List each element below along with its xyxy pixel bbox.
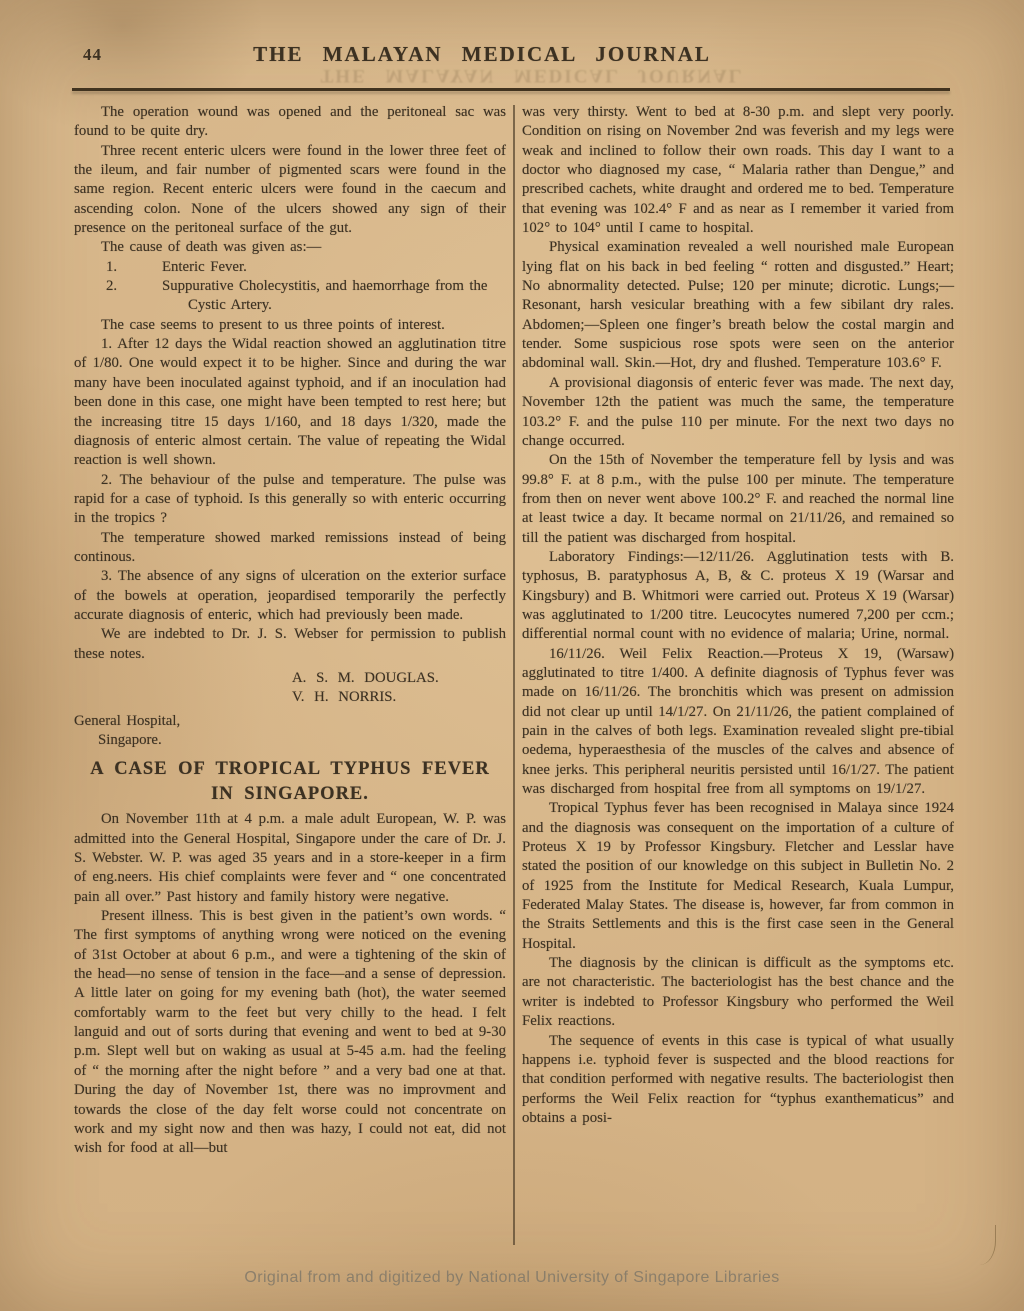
paragraph-cause-of-death: The cause of death was given as:— <box>74 238 506 257</box>
article-title-line-1: A CASE OF TROPICAL TYPHUS FEVER <box>74 757 506 782</box>
article-title-line-2: IN SINGAPORE. <box>74 782 506 807</box>
cause-list-item-2: 2.Suppurative Cholecystitis, and haemorr… <box>74 277 506 316</box>
paragraph-absence-of-ulceration: 3. The absence of any signs of ulceratio… <box>74 567 506 625</box>
paragraph-laboratory-findings: Laboratory Findings:—12/11/26. Agglutina… <box>522 548 954 645</box>
paragraph-temperature-fell: On the 15th of November the temperature … <box>522 451 954 548</box>
address-singapore: Singapore. <box>74 731 506 750</box>
journal-title: THE MALAYAN MEDICAL JOURNAL <box>0 42 964 67</box>
paragraph-temperature-remissions: The temperature showed marked remissions… <box>74 529 506 568</box>
paragraph-present-illness: Present illness. This is best given in t… <box>74 907 506 1158</box>
paragraph-operation-wound: The operation wound was opened and the p… <box>74 103 506 142</box>
paragraph-acknowledgement: We are indebted to Dr. J. S. Webser for … <box>74 625 506 664</box>
paragraph-widal-reaction: 1. After 12 days the Widal reaction show… <box>74 335 506 470</box>
paragraph-diagnosis-difficulty: The diagnosis by the clinican is difficu… <box>522 954 954 1031</box>
paragraph-admission: On November 11th at 4 p.m. a male adult … <box>74 810 506 907</box>
digitization-watermark: Original from and digitized by National … <box>0 1269 1024 1287</box>
right-column: was very thirsty. Went to bed at 8-30 p.… <box>522 103 954 1245</box>
header-rule <box>72 88 950 91</box>
article-title: A CASE OF TROPICAL TYPHUS FEVER IN SINGA… <box>74 757 506 807</box>
paragraph-three-points: The case seems to present to us three po… <box>74 316 506 335</box>
signature-norris: V. H. NORRIS. <box>74 688 506 707</box>
paragraph-tropical-typhus-history: Tropical Typhus fever has been recognise… <box>522 799 954 954</box>
column-divider-rule <box>513 105 515 1245</box>
address-hospital: General Hospital, <box>74 712 506 731</box>
scanned-journal-page: 44 THE MALAYAN MEDICAL JOURNAL THE MALAY… <box>0 0 1024 1311</box>
paragraph-provisional-diagnosis: A provisional diagonsis of enteric fever… <box>522 374 954 451</box>
article-body: The operation wound was opened and the p… <box>74 103 954 1245</box>
cause-list-item-1: 1.Enteric Fever. <box>74 258 506 277</box>
left-column: The operation wound was opened and the p… <box>74 103 506 1245</box>
paragraph-sequence-of-events: The sequence of events in this case is t… <box>522 1032 954 1129</box>
page-curl-mark <box>969 1225 996 1265</box>
paragraph-physical-examination: Physical examination revealed a well nou… <box>522 238 954 373</box>
list-text: Suppurative Cholecystitis, and haemorrha… <box>162 278 487 313</box>
paragraph-continuation-thirsty: was very thirsty. Went to bed at 8-30 p.… <box>522 103 954 238</box>
signature-douglas: A. S. M. DOUGLAS. <box>74 669 506 688</box>
paragraph-weil-felix: 16/11/26. Weil Felix Reaction.—Proteus X… <box>522 645 954 800</box>
list-text: Enteric Fever. <box>162 259 247 275</box>
bleed-through-text: THE MALAYAN MEDICAL JOURNAL <box>40 64 1024 86</box>
paragraph-pulse-behaviour: 2. The behaviour of the pulse and temper… <box>74 471 506 529</box>
paragraph-enteric-ulcers: Three recent enteric ulcers were found i… <box>74 142 506 239</box>
